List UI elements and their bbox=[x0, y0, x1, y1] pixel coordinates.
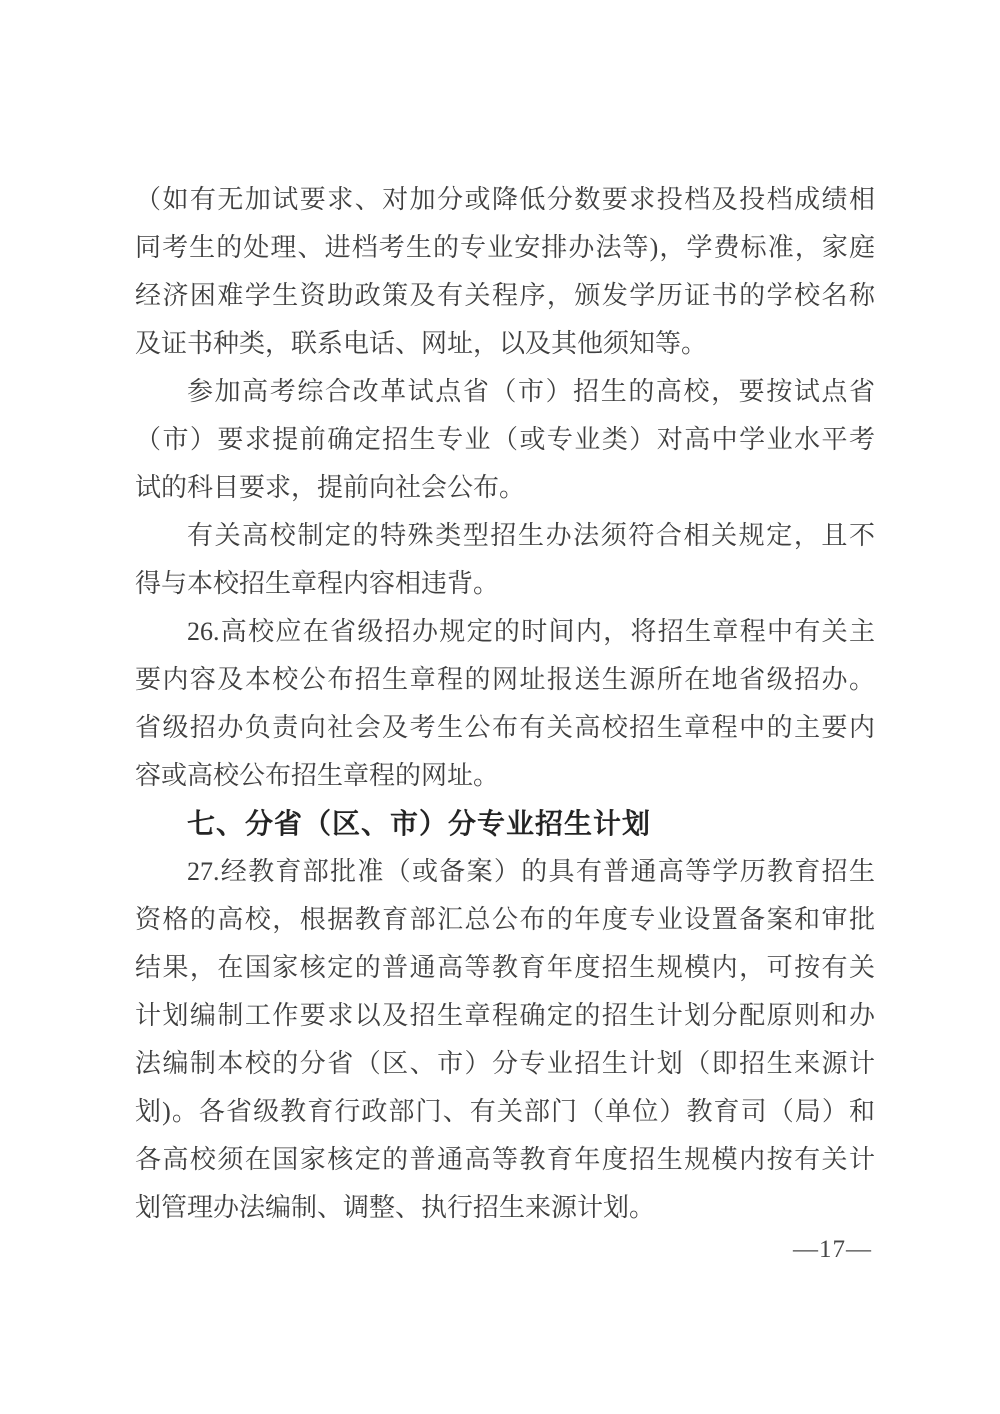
text-line: 省级招办负责向社会及考生公布有关高校招生章程中的主要内 bbox=[135, 704, 875, 752]
text-line: 参加高考综合改革试点省（市）招生的高校，要按试点省 bbox=[135, 368, 875, 416]
text-line: 试的科目要求，提前向社会公布。 bbox=[135, 464, 875, 512]
text-line: 资格的高校，根据教育部汇总公布的年度专业设置备案和审批 bbox=[135, 896, 875, 944]
text-line: 有关高校制定的特殊类型招生办法须符合相关规定，且不 bbox=[135, 512, 875, 560]
text-line: 要内容及本校公布招生章程的网址报送生源所在地省级招办。 bbox=[135, 656, 875, 704]
document-body: （如有无加试要求、对加分或降低分数要求投档及投档成绩相 同考生的处理、进档考生的… bbox=[135, 176, 875, 1232]
text-line: 结果，在国家核定的普通高等教育年度招生规模内，可按有关 bbox=[135, 944, 875, 992]
text-line: 26.高校应在省级招办规定的时间内，将招生章程中有关主 bbox=[135, 608, 875, 656]
text-line: （如有无加试要求、对加分或降低分数要求投档及投档成绩相 bbox=[135, 176, 875, 224]
text-line: 划管理办法编制、调整、执行招生来源计划。 bbox=[135, 1184, 875, 1232]
text-line: 各高校须在国家核定的普通高等教育年度招生规模内按有关计 bbox=[135, 1136, 875, 1184]
text-line: 经济困难学生资助政策及有关程序，颁发学历证书的学校名称 bbox=[135, 272, 875, 320]
text-line: 法编制本校的分省（区、市）分专业招生计划（即招生来源计 bbox=[135, 1040, 875, 1088]
text-line: 划)。各省级教育行政部门、有关部门（单位）教育司（局）和 bbox=[135, 1088, 875, 1136]
text-line: 容或高校公布招生章程的网址。 bbox=[135, 752, 875, 800]
text-line: 27.经教育部批准（或备案）的具有普通高等学历教育招生 bbox=[135, 848, 875, 896]
text-line: 计划编制工作要求以及招生章程确定的招生计划分配原则和办 bbox=[135, 992, 875, 1040]
section-heading: 七、分省（区、市）分专业招生计划 bbox=[135, 800, 875, 848]
text-line: 及证书种类，联系电话、网址，以及其他须知等。 bbox=[135, 320, 875, 368]
text-line: 同考生的处理、进档考生的专业安排办法等)，学费标准，家庭 bbox=[135, 224, 875, 272]
page-number: —17— bbox=[793, 1234, 872, 1266]
text-line: 得与本校招生章程内容相违背。 bbox=[135, 560, 875, 608]
text-line: （市）要求提前确定招生专业（或专业类）对高中学业水平考 bbox=[135, 416, 875, 464]
